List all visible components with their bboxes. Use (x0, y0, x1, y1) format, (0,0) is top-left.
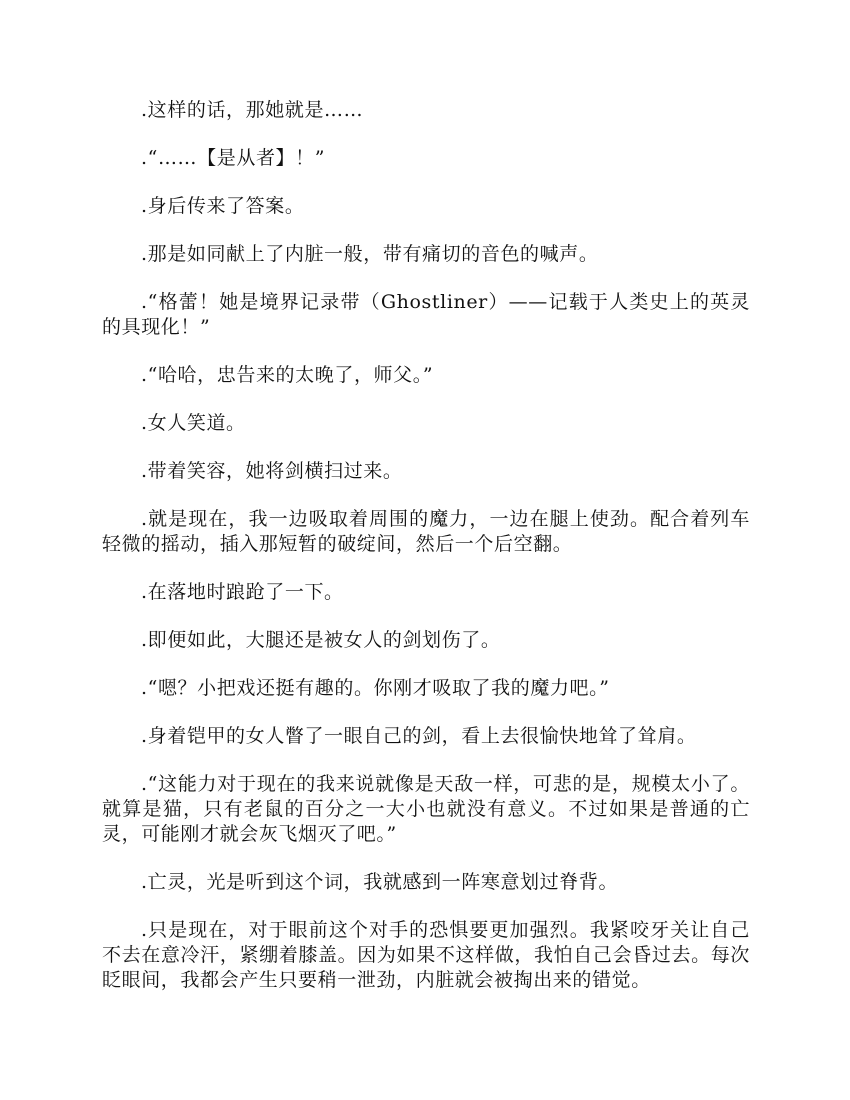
paragraph: .“格蕾！她是境界记录带（Ghostliner）——记载于人类史上的英灵的具现化… (102, 290, 750, 340)
paragraph: .那是如同献上了内脏一般，带有痛切的音色的喊声。 (102, 242, 750, 267)
paragraph: .即便如此，大腿还是被女人的剑划伤了。 (102, 628, 750, 653)
paragraph: .身着铠甲的女人瞥了一眼自己的剑，看上去很愉快地耸了耸肩。 (102, 724, 750, 749)
document-page: .这样的话，那她就是…… .“……【是从者】！” .身后传来了答案。 .那是如同… (102, 98, 750, 1016)
paragraph: .“嗯？小把戏还挺有趣的。你刚才吸取了我的魔力吧。” (102, 676, 750, 701)
paragraph: .身后传来了答案。 (102, 194, 750, 219)
paragraph: .女人笑道。 (102, 411, 750, 436)
paragraph: .在落地时踉跄了一下。 (102, 580, 750, 605)
paragraph: .“这能力对于现在的我来说就像是天敌一样，可悲的是，规模太小了。就算是猫，只有老… (102, 772, 750, 847)
paragraph: .“……【是从者】！” (102, 146, 750, 171)
paragraph: .亡灵，光是听到这个词，我就感到一阵寒意划过脊背。 (102, 870, 750, 895)
paragraph: .带着笑容，她将剑横扫过来。 (102, 459, 750, 484)
paragraph: .就是现在，我一边吸取着周围的魔力，一边在腿上使劲。配合着列车轻微的摇动，插入那… (102, 507, 750, 557)
paragraph: .只是现在，对于眼前这个对手的恐惧要更加强烈。我紧咬牙关让自己不去在意冷汗，紧绷… (102, 918, 750, 993)
paragraph: .这样的话，那她就是…… (102, 98, 750, 123)
paragraph: .“哈哈，忠告来的太晚了，师父。” (102, 363, 750, 388)
